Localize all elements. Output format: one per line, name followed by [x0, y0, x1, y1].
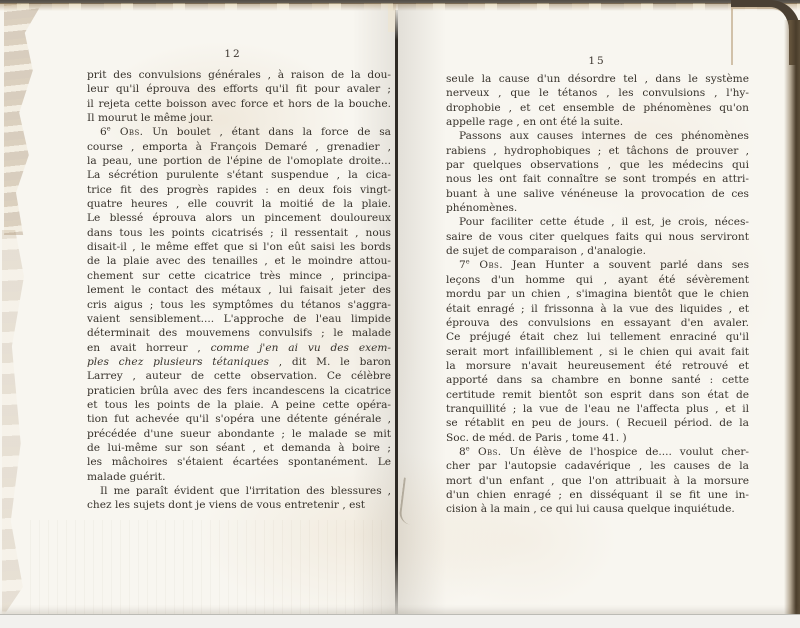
- text-line: chez les sujets dont je viens de vous en…: [87, 498, 391, 512]
- text-line: apporté dans sa chambre en bonne santé :…: [446, 373, 749, 387]
- text-segment: dans tous les points cicatrisés ; il res…: [87, 227, 391, 239]
- text-line: la peau, une portion de l'épine de l'omo…: [87, 154, 391, 168]
- text-segment: buant à une salive vénéneuse la provocat…: [446, 188, 749, 200]
- book-edge-bottom: [0, 614, 800, 628]
- text-line: par quelques observations , que les méde…: [446, 158, 749, 172]
- text-line: La sécrétion purulente s'étant suspendue…: [87, 168, 391, 182]
- deckle-edge-left-lower: [2, 230, 24, 618]
- text-segment: disait-il , le même effet que si l'on eû…: [87, 241, 391, 253]
- text-segment: déterminait des mouvemens convulsifs ; l…: [87, 327, 391, 339]
- text-segment: Le blessé éprouva alors un pincement dou…: [87, 212, 391, 224]
- text-segment: , dit M. le baron: [269, 356, 391, 368]
- text-segment: éprouva des convulsions en essayant d'en…: [446, 317, 749, 329]
- text-line: 7e Obs. Jean Hunter a souvent parlé dans…: [446, 258, 749, 272]
- right-page-text: seule la cause d'un désordre tel , dans …: [446, 72, 749, 517]
- text-line: cision à la main , ce qui lui causa quel…: [446, 502, 749, 516]
- text-segment: mordu par un chien , s'imagina bientôt q…: [446, 288, 749, 300]
- text-line: déterminait des mouvemens convulsifs ; l…: [87, 326, 391, 340]
- text-segment: phénomènes.: [446, 202, 517, 214]
- text-line: dans tous les points cicatrisés ; il res…: [87, 226, 391, 240]
- text-segment: d'un chien enragé ; en disséquant il se …: [446, 489, 749, 501]
- text-line: Ce préjugé était chez lui tellement enra…: [446, 330, 749, 344]
- text-segment: il rejeta cette boisson avec force et ho…: [87, 98, 391, 110]
- text-segment: course , emporta à François Demaré , gre…: [87, 141, 391, 153]
- text-segment: lement le contact des métaux , lui faisa…: [87, 284, 391, 296]
- text-segment: 8: [459, 446, 466, 458]
- text-segment: ples chez plusieurs tétaniques: [87, 356, 269, 368]
- text-line: certitude remit bientôt son esprit dans …: [446, 388, 749, 402]
- text-segment: appelle rage , en ont été la suite.: [446, 116, 623, 128]
- text-segment: se rétablit en peu de jours. ( Recueil p…: [446, 417, 749, 429]
- text-line: leur qu'il éprouva des efforts qu'il fit…: [87, 82, 391, 96]
- text-segment: trice fit des progrès rapides : en deux …: [87, 184, 391, 196]
- text-segment: Il me paraît évident que l'irritation de…: [100, 485, 391, 497]
- text-line: mordu par un chien , s'imagina bientôt q…: [446, 287, 749, 301]
- text-line: de sujet de comparaison , d'analogie.: [446, 244, 749, 258]
- text-line: appelle rage , en ont été la suite.: [446, 115, 749, 129]
- text-line: éprouva des convulsions en essayant d'en…: [446, 316, 749, 330]
- text-segment: Pour faciliter cette étude , il est, je …: [459, 216, 749, 228]
- text-segment: certitude remit bientôt son esprit dans …: [446, 389, 749, 401]
- text-segment: cision à la main , ce qui lui causa quel…: [446, 503, 735, 515]
- text-segment: comme j'en ai vu des exem-: [211, 342, 391, 354]
- deckle-edge-top: [0, 3, 800, 11]
- paper-grain: [30, 520, 390, 615]
- text-line: tranquillité ; la vue de l'eau ne l'affe…: [446, 402, 749, 416]
- text-segment: drophobie , et cet ensemble de phénomène…: [446, 102, 749, 114]
- text-line: Larrey , auteur de cette observation. Ce…: [87, 369, 391, 383]
- text-segment: Un boulet , étant dans la force de sa: [143, 126, 391, 138]
- text-segment: Obs.: [470, 446, 502, 458]
- text-line: se rétablit en peu de jours. ( Recueil p…: [446, 416, 749, 430]
- text-line: seule la cause d'un désordre tel , dans …: [446, 72, 749, 86]
- text-segment: Larrey , auteur de cette observation. Ce…: [87, 370, 391, 382]
- text-line: serait mort infailliblement , si le chie…: [446, 345, 749, 359]
- text-line: quatre heures , elle couvrit la moitié d…: [87, 197, 391, 211]
- text-line: phénomènes.: [446, 201, 749, 215]
- text-line: il rejeta cette boisson avec force et ho…: [87, 97, 391, 111]
- text-line: vaient sensiblement.... L'approche de l'…: [87, 312, 391, 326]
- text-segment: prit des convulsions générales , à raiso…: [87, 69, 391, 81]
- left-page-text: prit des convulsions générales , à raiso…: [87, 68, 391, 513]
- text-line: en avait horreur , comme j'en ai vu des …: [87, 341, 391, 355]
- text-line: nerveux , que le tétanos , les convulsio…: [446, 86, 749, 100]
- text-line: Il mourut le même jour.: [87, 111, 391, 125]
- text-line: leçons d'un homme qui , ayant été sévère…: [446, 273, 749, 287]
- text-segment: précédée d'une sueur abondante ; le mala…: [87, 428, 391, 440]
- text-line: 6e Obs. Un boulet , étant dans la force …: [87, 125, 391, 139]
- text-line: lement le contact des métaux , lui faisa…: [87, 283, 391, 297]
- text-line: cher par l'autopsie cadavérique , les ca…: [446, 459, 749, 473]
- text-line: saire de vous citer quelques faits qui n…: [446, 230, 749, 244]
- deckle-edge-left-top: [4, 0, 44, 235]
- text-line: nous les ont fait connaître se sont trom…: [446, 172, 749, 186]
- text-line: prit des convulsions générales , à raiso…: [87, 68, 391, 82]
- text-line: d'un chien enragé ; en disséquant il se …: [446, 488, 749, 502]
- text-segment: apporté dans sa chambre en bonne santé :…: [446, 374, 749, 386]
- text-line: buant à une salive vénéneuse la provocat…: [446, 187, 749, 201]
- text-segment: en avait horreur ,: [87, 342, 211, 354]
- text-line: de la plaie avec des tenailles , et le m…: [87, 254, 391, 268]
- text-segment: Obs.: [111, 126, 144, 138]
- text-segment: par quelques observations , que les méde…: [446, 159, 749, 171]
- text-segment: vaient sensiblement.... L'approche de l'…: [87, 313, 391, 325]
- text-segment: la morsure n'avait heureusement été retr…: [446, 360, 749, 372]
- text-line: Passons aux causes internes de ces phéno…: [446, 129, 749, 143]
- text-segment: Ce préjugé était chez lui tellement enra…: [446, 331, 749, 343]
- text-segment: était enragé ; il frissonna à la vue des…: [446, 303, 749, 315]
- text-line: Pour faciliter cette étude , il est, je …: [446, 215, 749, 229]
- page-number-left: 12: [88, 48, 378, 60]
- text-segment: Obs.: [470, 259, 503, 271]
- text-segment: Un élève de l'hospice de.... voulut cher…: [502, 446, 749, 458]
- text-segment: cher par l'autopsie cadavérique , les ca…: [446, 460, 749, 472]
- text-segment: seule la cause d'un désordre tel , dans …: [446, 73, 749, 85]
- text-line: de lui-même sur son séant , et demanda à…: [87, 441, 391, 455]
- text-line: drophobie , et cet ensemble de phénomène…: [446, 101, 749, 115]
- text-segment: et tous les points de la plaie. A peine …: [87, 399, 391, 411]
- text-segment: Il mourut le même jour.: [87, 112, 213, 124]
- text-line: trice fit des progrès rapides : en deux …: [87, 183, 391, 197]
- text-line: Soc. de méd. de Paris , tome 41. ): [446, 431, 749, 445]
- text-line: les mâchoires s'étaient écartées spontan…: [87, 455, 391, 469]
- book-spread: 12 15 prit des convulsions générales , à…: [0, 0, 800, 628]
- text-segment: La sécrétion purulente s'étant suspendue…: [87, 169, 391, 181]
- book-gutter-fold: [395, 10, 398, 614]
- text-segment: chez les sujets dont je viens de vous en…: [87, 499, 365, 511]
- text-segment: nerveux , que le tétanos , les convulsio…: [446, 87, 749, 99]
- text-segment: tranquillité ; la vue de l'eau ne l'affe…: [446, 403, 749, 415]
- text-segment: nous les ont fait connaître se sont trom…: [446, 173, 749, 185]
- text-segment: serait mort infailliblement , si le chie…: [446, 346, 749, 358]
- text-segment: praticien brûla avec des fers incandesce…: [87, 385, 391, 397]
- text-segment: cris aigus ; tous les symptômes du tétan…: [87, 299, 391, 311]
- text-line: Il me paraît évident que l'irritation de…: [87, 484, 391, 498]
- text-line: tion fut achevée qu'il s'opéra une déten…: [87, 412, 391, 426]
- text-line: praticien brûla avec des fers incandesce…: [87, 384, 391, 398]
- text-segment: de la plaie avec des tenailles , et le m…: [87, 255, 391, 267]
- text-line: rabiens , hydrophobiques ; et tâchons de…: [446, 144, 749, 158]
- text-line: course , emporta à François Demaré , gre…: [87, 140, 391, 154]
- text-segment: rabiens , hydrophobiques ; et tâchons de…: [446, 145, 749, 157]
- text-segment: de sujet de comparaison , d'analogie.: [446, 245, 646, 257]
- text-segment: mort d'un enfant , que l'on attribuait à…: [446, 475, 749, 487]
- text-line: malade guérit.: [87, 470, 391, 484]
- text-segment: chement sur cette cicatrice très mince ,…: [87, 270, 391, 282]
- text-line: disait-il , le même effet que si l'on eû…: [87, 240, 391, 254]
- text-line: la morsure n'avait heureusement été retr…: [446, 359, 749, 373]
- text-line: Le blessé éprouva alors un pincement dou…: [87, 211, 391, 225]
- text-line: ples chez plusieurs tétaniques , dit M. …: [87, 355, 391, 369]
- text-segment: Soc. de méd. de Paris , tome 41. ): [446, 432, 627, 444]
- text-segment: la peau, une portion de l'épine de l'omo…: [87, 155, 391, 167]
- text-segment: 6: [100, 126, 107, 138]
- text-segment: Jean Hunter a souvent parlé dans ses: [503, 259, 749, 271]
- text-segment: saire de vous citer quelques faits qui n…: [446, 231, 749, 243]
- book-edge-right: [784, 20, 800, 616]
- text-segment: tion fut achevée qu'il s'opéra une déten…: [87, 413, 391, 425]
- text-segment: Passons aux causes internes de ces phéno…: [459, 130, 749, 142]
- text-line: mort d'un enfant , que l'on attribuait à…: [446, 474, 749, 488]
- text-line: précédée d'une sueur abondante ; le mala…: [87, 427, 391, 441]
- text-segment: les mâchoires s'étaient écartées spontan…: [87, 456, 391, 468]
- text-segment: de lui-même sur son séant , et demanda à…: [87, 442, 391, 454]
- text-line: et tous les points de la plaie. A peine …: [87, 398, 391, 412]
- text-line: 8e Obs. Un élève de l'hospice de.... vou…: [446, 445, 749, 459]
- text-segment: quatre heures , elle couvrit la moitié d…: [87, 198, 391, 210]
- page-number-right: 15: [447, 55, 747, 67]
- text-segment: malade guérit.: [87, 471, 165, 483]
- text-segment: leur qu'il éprouva des efforts qu'il fit…: [87, 83, 391, 95]
- text-line: chement sur cette cicatrice très mince ,…: [87, 269, 391, 283]
- text-segment: 7: [459, 259, 466, 271]
- text-line: cris aigus ; tous les symptômes du tétan…: [87, 298, 391, 312]
- text-segment: leçons d'un homme qui , ayant été sévère…: [446, 274, 749, 286]
- text-line: était enragé ; il frissonna à la vue des…: [446, 302, 749, 316]
